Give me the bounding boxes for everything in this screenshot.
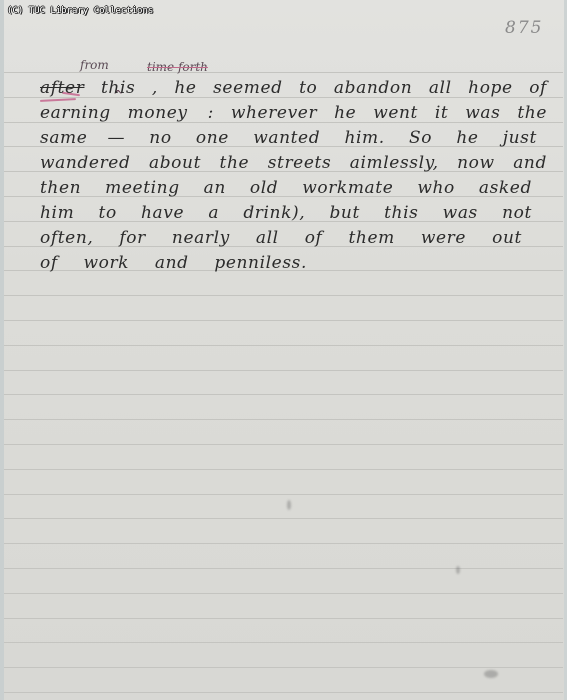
ruled-line — [4, 642, 563, 643]
word: this — [384, 203, 418, 223]
ruled-line — [4, 419, 563, 420]
word: he — [174, 78, 196, 98]
word: aimlessly, — [350, 153, 439, 173]
word: out — [492, 228, 522, 248]
word: who — [417, 178, 455, 198]
word: now — [457, 153, 495, 173]
word: abandon — [334, 78, 412, 98]
ink-smudge — [484, 670, 498, 678]
ruled-line — [4, 469, 563, 470]
word: earning — [40, 103, 111, 123]
word: streets — [268, 153, 332, 173]
word: of — [529, 78, 547, 98]
ruled-line — [4, 667, 563, 668]
struck-insertion: time forth — [147, 60, 208, 74]
word: workmate — [302, 178, 393, 198]
word: all — [429, 78, 452, 98]
word: it — [435, 103, 448, 123]
page-left-edge — [0, 0, 4, 700]
word: he — [456, 128, 478, 148]
text-line: often,fornearlyallofthemwereout — [40, 228, 522, 248]
word: them — [348, 228, 394, 248]
word: nearly — [172, 228, 230, 248]
word: him. — [344, 128, 384, 148]
word: wherever — [231, 103, 317, 123]
word: have — [141, 203, 184, 223]
ink-spot — [456, 566, 460, 574]
word: and — [155, 253, 189, 273]
word: to — [299, 78, 317, 98]
ruled-line — [4, 370, 563, 371]
word: money : — [128, 103, 214, 123]
inserted-word-from: from — [80, 58, 109, 72]
word: were — [421, 228, 466, 248]
ruled-line — [4, 692, 563, 693]
copyright-watermark: (C) TUC Library Collections — [7, 6, 153, 16]
word: same — — [40, 128, 125, 148]
word: but — [329, 203, 359, 223]
word: So — [409, 128, 432, 148]
word: and — [513, 153, 547, 173]
ruled-line — [4, 394, 563, 395]
ruled-line — [4, 568, 563, 569]
word: of — [305, 228, 323, 248]
word: one — [196, 128, 229, 148]
word: hope — [468, 78, 513, 98]
text-line: wanderedaboutthestreetsaimlessly,nowand — [40, 153, 547, 173]
word: often, — [40, 228, 93, 248]
word: , — [152, 78, 158, 98]
word: was — [443, 203, 478, 223]
ruled-line — [4, 345, 563, 346]
text-line: himtohaveadrink),butthiswasnot — [40, 203, 532, 223]
word: an — [204, 178, 226, 198]
text-line: same —noonewantedhim.Sohejust — [40, 128, 537, 148]
word: work — [83, 253, 129, 273]
struck-word: after — [40, 78, 84, 98]
ruled-line — [4, 618, 563, 619]
word: all — [256, 228, 279, 248]
word: the — [517, 103, 547, 123]
word: penniless. — [214, 253, 307, 273]
ruled-line — [4, 295, 563, 296]
manuscript-page: (C) TUC Library Collections 875 from tim… — [0, 0, 567, 700]
word: just — [503, 128, 537, 148]
red-underline-mark — [40, 98, 76, 102]
word: meeting — [105, 178, 180, 198]
word: then — [40, 178, 81, 198]
word: about — [149, 153, 201, 173]
word: this — [101, 78, 135, 98]
word: not — [502, 203, 532, 223]
word: seemed — [213, 78, 283, 98]
ruled-line — [4, 320, 563, 321]
word: no — [149, 128, 171, 148]
ink-spot — [287, 500, 291, 510]
ruled-line — [4, 444, 563, 445]
word: wandered — [40, 153, 130, 173]
text-line: earningmoney :whereverhewentitwasthe — [40, 103, 547, 123]
page-number: 875 — [505, 18, 543, 38]
word: for — [119, 228, 145, 248]
word: went — [373, 103, 418, 123]
word: asked — [479, 178, 532, 198]
ruled-line — [4, 543, 563, 544]
text-line: ofworkandpenniless. — [40, 253, 307, 273]
text-line: afterthis,heseemedtoabandonallhopeof — [40, 78, 547, 98]
ruled-line — [4, 72, 563, 73]
word: a — [208, 203, 219, 223]
word: wanted — [253, 128, 320, 148]
word: old — [250, 178, 278, 198]
ruled-line — [4, 593, 563, 594]
word: of — [40, 253, 58, 273]
word: the — [220, 153, 250, 173]
word: was — [465, 103, 500, 123]
word: him — [40, 203, 74, 223]
word: drink), — [243, 203, 305, 223]
ruled-line — [4, 494, 563, 495]
word: to — [99, 203, 117, 223]
text-line: thenmeetinganoldworkmatewhoasked — [40, 178, 532, 198]
word: he — [334, 103, 356, 123]
ruled-line — [4, 518, 563, 519]
